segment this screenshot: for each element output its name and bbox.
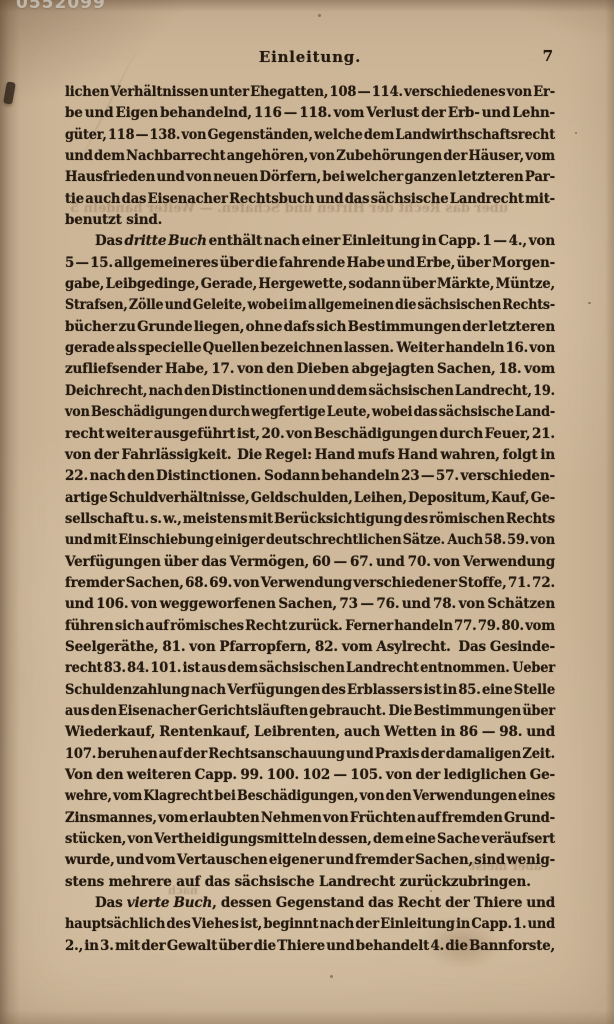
speckle (588, 302, 591, 304)
text-line: Von den weiteren Capp. 99. 100. 102 — 10… (65, 765, 555, 786)
speckle (330, 975, 333, 978)
text-line: zufliefsender Habe, 17. von den Dieben a… (65, 359, 555, 380)
text-line: bücher zu Grunde liegen, ohne dafs sich … (65, 317, 555, 338)
text-line: von Beschädigungen durch wegfertige Leut… (65, 402, 555, 423)
text-line: 2., in 3. mit der Gewalt über die Thiere… (65, 936, 555, 957)
text-line: stens mehrere auf das sächsische Landrec… (65, 872, 555, 893)
running-title: Einleitung. (259, 48, 361, 66)
text-line: und 106. von weggeworfenen Sachen, 73 — … (65, 594, 555, 615)
text-line: sellschaft u. s. w., meistens mit Berück… (65, 509, 555, 530)
speckle (318, 14, 321, 17)
text-line: 22. nach den Distinctionen. Sodann behan… (65, 466, 555, 487)
text-line: recht 83. 84. 101. ist aus dem sächsisch… (65, 658, 555, 679)
text-line: gabe, Leibgedinge, Gerade, Hergewette, s… (65, 274, 555, 295)
paragraph: lichen Verhältnissen unter Ehegatten, 10… (65, 82, 555, 231)
text-line: Wiederkauf, Rentenkauf, Leibrenten, auch… (65, 722, 555, 743)
text-line: lichen Verhältnissen unter Ehegatten, 10… (65, 82, 555, 103)
text-line: aus den Eisenacher Gerichtsläuften gebra… (65, 701, 555, 722)
text-line: 5 — 15. allgemeineres über die fahrende … (65, 253, 555, 274)
text-line: Das dritte Buch enthält nach einer Einle… (65, 231, 555, 252)
text-line: von der Fahrlässigkeit. Die Regel: Hand … (65, 445, 555, 466)
text-line: güter, 118 — 138. von Gegenständen, welc… (65, 125, 555, 146)
text-line: 107. beruhen auf der Rechtsanschauung un… (65, 744, 555, 765)
text-line: tie auch das Eisenacher Rechtsbuch und d… (65, 189, 555, 210)
text-line: Strafsen, Zölle und Geleite, wobei im al… (65, 295, 555, 316)
speckle (575, 132, 577, 134)
paragraph: Das vierte Buch, dessen Gegenstand das R… (65, 893, 555, 957)
text-line: und dem Nachbarrecht angehören, von Zube… (65, 146, 555, 167)
text-line: Schuldenzahlung nach Verfügungen des Erb… (65, 680, 555, 701)
text-line: fremder Sachen, 68. 69. von Verwendung v… (65, 573, 555, 594)
text-line: stücken, von Vertheidigungsmitteln desse… (65, 829, 555, 850)
text-line: und mit Einschiebung einiger deutschrech… (65, 530, 555, 551)
page-number: 7 (543, 47, 553, 65)
text-line: gerade als specielle Quellen bezeichnen … (65, 338, 555, 359)
text-line: wehre, vom Klagrecht bei Beschädigungen,… (65, 786, 555, 807)
digitization-watermark: 0552099 (16, 0, 106, 13)
text-line: führen sich auf römisches Recht zurück. … (65, 616, 555, 637)
text-line: benutzt sind. (65, 210, 555, 231)
text-line: be und Eigen behandelnd, 116 — 118. vom … (65, 103, 555, 124)
text-line: recht weiter ausgeführt ist, 20. von Bes… (65, 424, 555, 445)
paragraph: Das dritte Buch enthält nach einer Einle… (65, 231, 555, 893)
text-line: Hausfrieden und von neuen Dörfern, bei w… (65, 167, 555, 188)
text-line: Seelgeräthe, 81. von Pfarropfern, 82. vo… (65, 637, 555, 658)
text-line: hauptsächlich des Viehes ist, beginnt na… (65, 914, 555, 935)
scanned-book-page: { "scan": { "watermark": "0552099", "hea… (0, 0, 614, 1024)
text-line: Deichrecht, nach den Distinctionen und d… (65, 381, 555, 402)
text-line: Zinsmannes, vom erlaubten Nehmen von Frü… (65, 808, 555, 829)
page-header: Einleitung. 7 (65, 47, 555, 66)
text-line: Verfügungen über das Vermögen, 60 — 67. … (65, 552, 555, 573)
text-line: artige Schuldverhältnisse, Geldschulden,… (65, 488, 555, 509)
text-block: lichen Verhältnissen unter Ehegatten, 10… (65, 82, 555, 957)
text-line: Das vierte Buch, dessen Gegenstand das R… (65, 893, 555, 914)
text-line: wurde, und vom Vertauschen eigener und f… (65, 850, 555, 871)
